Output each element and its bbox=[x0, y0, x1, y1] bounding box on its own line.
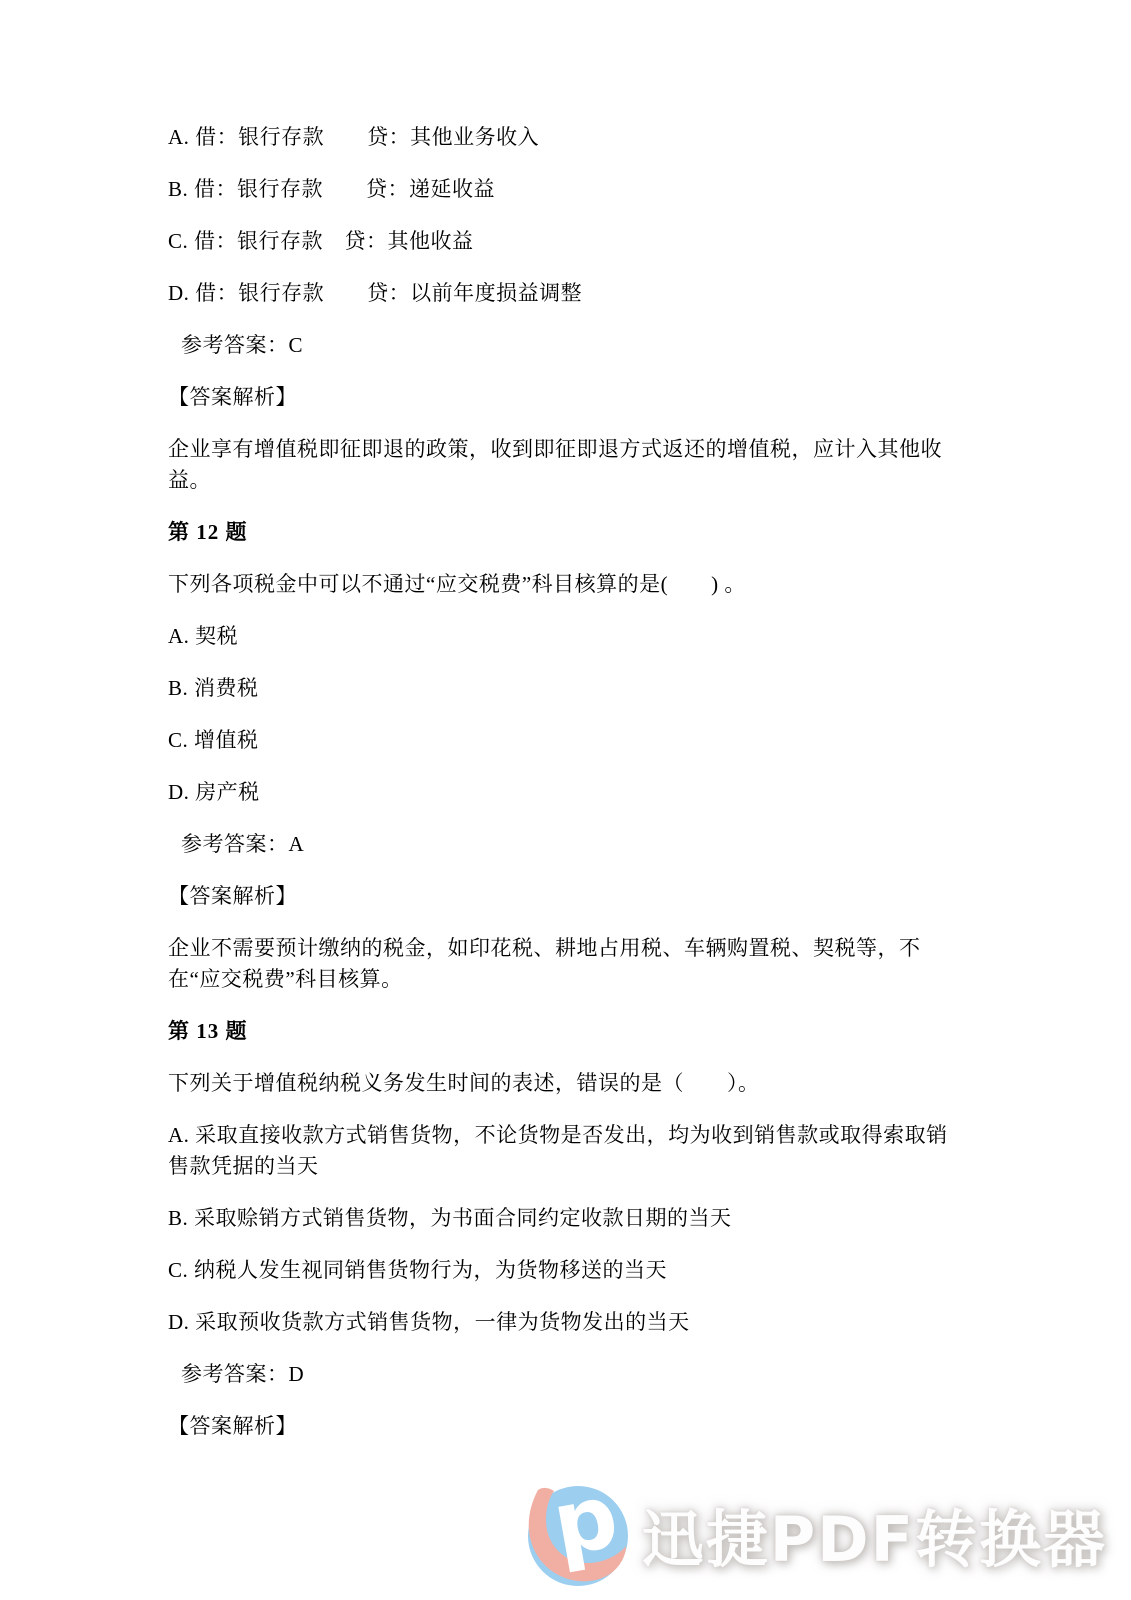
q13-stem: 下列关于增值税纳税义务发生时间的表述，错误的是（ ）。 bbox=[168, 1068, 966, 1099]
q11-option-c: C. 借：银行存款 贷：其他收益 bbox=[168, 226, 966, 257]
document-content: A. 借：银行存款 贷：其他业务收入 B. 借：银行存款 贷：递延收益 C. 借… bbox=[168, 122, 966, 1463]
q11-option-d: D. 借：银行存款 贷：以前年度损益调整 bbox=[168, 278, 966, 309]
q13-answer: 参考答案：D bbox=[168, 1359, 966, 1390]
q12-answer: 参考答案：A bbox=[168, 829, 966, 860]
pdf-converter-logo-icon: p bbox=[522, 1478, 634, 1590]
q11-option-a: A. 借：银行存款 贷：其他业务收入 bbox=[168, 122, 966, 153]
q11-answer: 参考答案：C bbox=[168, 330, 966, 361]
q13-title: 第 13 题 bbox=[168, 1016, 966, 1047]
q12-analysis-text: 企业不需要预计缴纳的税金，如印花税、耕地占用税、车辆购置税、契税等，不在“应交税… bbox=[168, 933, 966, 995]
q13-option-d: D. 采取预收货款方式销售货物，一律为货物发出的当天 bbox=[168, 1307, 966, 1338]
q13-option-c: C. 纳税人发生视同销售货物行为，为货物移送的当天 bbox=[168, 1255, 966, 1286]
q12-title: 第 12 题 bbox=[168, 517, 966, 548]
q12-option-a: A. 契税 bbox=[168, 621, 966, 652]
q11-option-b: B. 借：银行存款 贷：递延收益 bbox=[168, 174, 966, 205]
q12-stem: 下列各项税金中可以不通过“应交税费”科目核算的是( ) 。 bbox=[168, 569, 966, 600]
q12-analysis-header: 【答案解析】 bbox=[168, 881, 966, 912]
q13-option-b: B. 采取赊销方式销售货物，为书面合同约定收款日期的当天 bbox=[168, 1203, 966, 1234]
document-page: A. 借：银行存款 贷：其他业务收入 B. 借：银行存款 贷：递延收益 C. 借… bbox=[0, 0, 1131, 1600]
q12-option-d: D. 房产税 bbox=[168, 777, 966, 808]
q12-option-c: C. 增值税 bbox=[168, 725, 966, 756]
q13-analysis-header: 【答案解析】 bbox=[168, 1411, 966, 1442]
q11-analysis-header: 【答案解析】 bbox=[168, 382, 966, 413]
watermark-text: 迅捷PDF转换器 bbox=[642, 1490, 1107, 1579]
q11-analysis-text: 企业享有增值税即征即退的政策，收到即征即退方式返还的增值税，应计入其他收益。 bbox=[168, 434, 966, 496]
q12-option-b: B. 消费税 bbox=[168, 673, 966, 704]
converter-watermark: p 迅捷PDF转换器 bbox=[522, 1478, 1107, 1590]
q13-option-a: A. 采取直接收款方式销售货物，不论货物是否发出，均为收到销售款或取得索取销售款… bbox=[168, 1120, 966, 1182]
